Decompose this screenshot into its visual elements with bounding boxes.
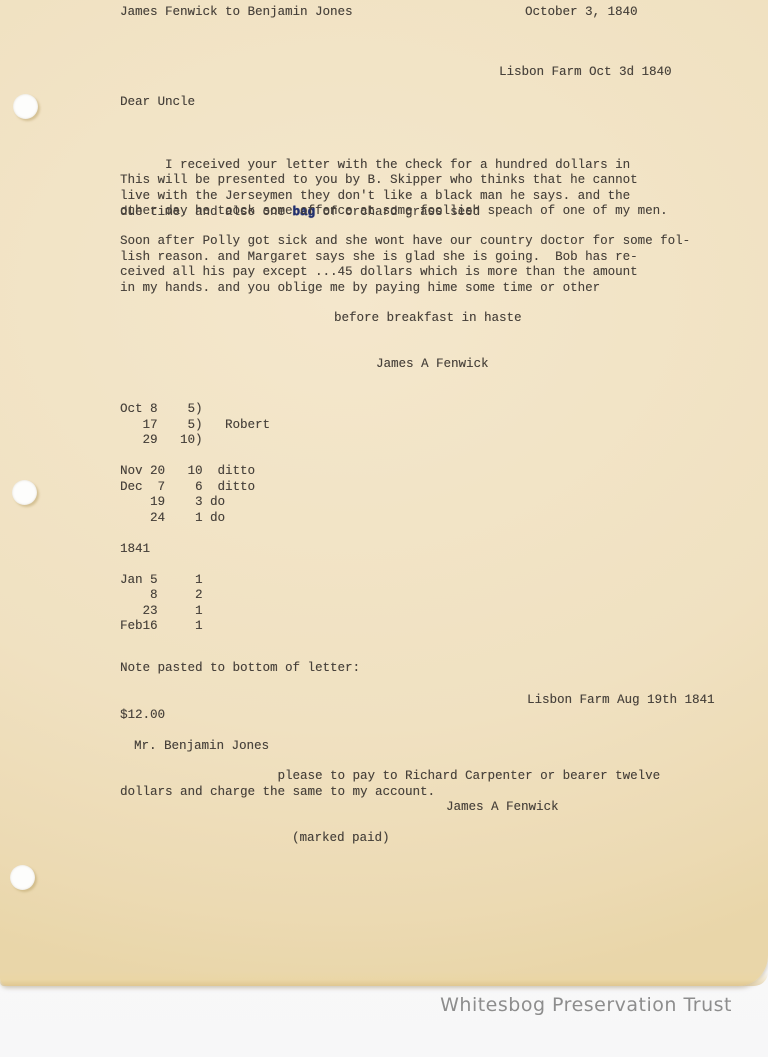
signature-second: James A Fenwick (446, 800, 559, 816)
payment-ledger: Oct 8 5) 17 5) Robert 29 10) Nov 20 10 d… (120, 402, 270, 635)
salutation: Dear Uncle (120, 95, 195, 111)
dateline-note: Lisbon Farm Aug 19th 1841 (527, 693, 715, 709)
marked-paid-line: (marked paid) (292, 831, 390, 847)
header-title: James Fenwick to Benjamin Jones (120, 5, 353, 21)
header-date: October 3, 1840 (525, 5, 638, 21)
watermark: Whitesbog Preservation Trust (440, 994, 732, 1016)
paragraph-2: This will be presented to you by B. Skip… (120, 173, 668, 220)
amount: $12.00 (120, 708, 165, 724)
letter-scan-paper: James Fenwick to Benjamin Jones October … (0, 0, 768, 986)
hole-punch-bottom (10, 865, 35, 890)
addressee: Mr. Benjamin Jones (134, 739, 269, 755)
note-label: Note pasted to bottom of letter: (120, 661, 360, 677)
signature-first: James A Fenwick (376, 357, 489, 373)
hole-punch-middle (12, 480, 37, 505)
paragraph-1-line-1: I received your letter with the check fo… (120, 158, 630, 174)
dateline-top: Lisbon Farm Oct 3d 1840 (499, 65, 672, 81)
scan-page: { "colors": { "ink": "#46403a", "ink_blu… (0, 0, 768, 1057)
paragraph-3: Soon after Polly got sick and she wont h… (120, 234, 690, 296)
hole-punch-top (13, 94, 38, 119)
note-body: please to pay to Richard Carpenter or be… (120, 769, 660, 800)
closing-line: before breakfast in haste (334, 311, 522, 327)
